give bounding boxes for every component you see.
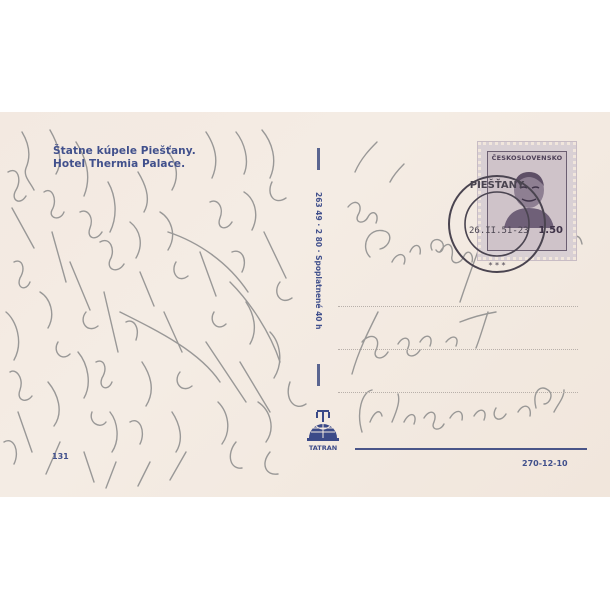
caption-line-1: Štatne kúpele Piešťany. xyxy=(53,145,196,158)
vertical-print-info: 263 49 · 2 80 · Spoplatnené 40 h xyxy=(314,192,323,329)
address-line-2 xyxy=(338,349,578,350)
caption-line-2: Hotel Thermia Palace. xyxy=(53,158,196,171)
address-line-3 xyxy=(338,392,578,393)
tatran-publisher-logo-icon: TATRAN xyxy=(303,408,343,454)
print-code: 270-12-10 xyxy=(522,459,568,468)
address-line-bottom xyxy=(355,448,587,450)
svg-text:TATRAN: TATRAN xyxy=(309,444,337,452)
stamp-country: ČESKOSLOVENSKO xyxy=(488,154,566,162)
card-number: 131 xyxy=(52,452,69,461)
address-line-1 xyxy=(338,306,578,307)
postcard-caption: Štatne kúpele Piešťany. Hotel Thermia Pa… xyxy=(53,145,196,171)
postcard: Štatne kúpele Piešťany. Hotel Thermia Pa… xyxy=(0,112,610,497)
svg-text:PIEŠŤANY: PIEŠŤANY xyxy=(470,178,525,191)
center-divider-bottom xyxy=(317,364,320,386)
circular-postmark-icon: PIEŠŤANY * * * xyxy=(445,172,549,276)
postmark-date: 26.II.51-23 xyxy=(469,226,529,236)
center-divider-top xyxy=(317,148,320,170)
svg-text:* * *: * * * xyxy=(488,261,505,270)
